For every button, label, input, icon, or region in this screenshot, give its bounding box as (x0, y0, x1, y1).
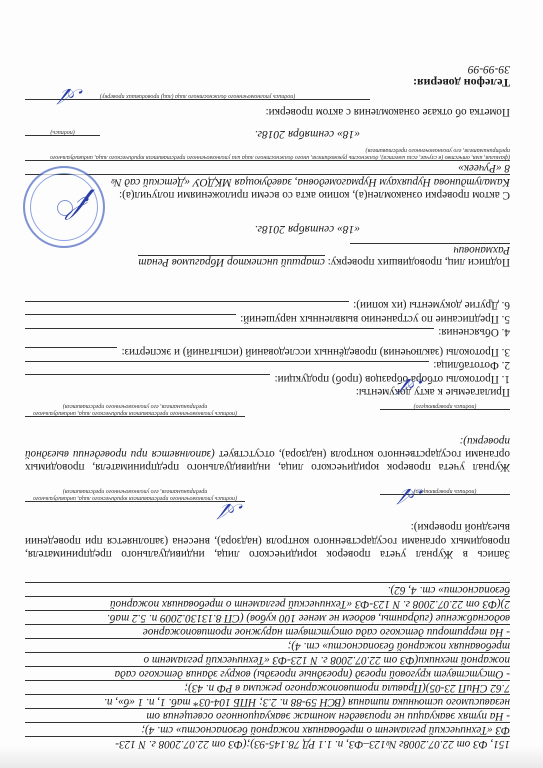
caption: (подпись проверяющего) (380, 402, 510, 409)
attachment-item: 2. Фототаблица: (25, 358, 510, 372)
attachments-title: Прилагаемые к акту документы: (25, 385, 510, 399)
attachment-item: 3. Протоколы (заключения) проведённых ис… (25, 344, 510, 358)
attachment-label: 4. Объяснения: (438, 325, 510, 339)
attachment-item: 4. Объяснения: (25, 325, 510, 339)
inspectors-signatures: Подписи лиц, проводивших проверку: старш… (25, 243, 510, 268)
fill-line (25, 314, 236, 325)
document-body: 151, ФЗ от 22.07.2008г №123–ФЗ, п. 1.1 Р… (25, 63, 510, 750)
violation-line: 2)(ФЗ от 22.07.2008 г. N 123-ФЗ «Техниче… (25, 596, 510, 610)
hotline-number: 39-99-99 (25, 63, 510, 75)
attachment-label: 1. Протоколы отбора образцов (проб) прод… (274, 371, 510, 385)
fill-line (25, 328, 434, 339)
fill-line (25, 347, 117, 358)
handwritten-signature: 𝒜 (62, 83, 83, 108)
inspectors-label: Подписи лиц, проводивших проверку: (328, 256, 510, 268)
representative-signature-line: (подпись уполномоченного представителя ю… (25, 487, 245, 502)
fill-line (25, 374, 270, 385)
violation-line: пожарной техники(ФЗ от 22.07.2008 г. N 1… (25, 652, 510, 666)
representative-signature-line: (подпись уполномоченного представителя ю… (25, 402, 245, 417)
attachment-item: 6. Другие документы (их копии): (25, 298, 510, 312)
acquainted-caption: (фамилия, имя, отчество (в случае, если … (25, 146, 510, 160)
document-page: 151, ФЗ от 22.07.2008г №123–ФЗ, п. 1.1 Р… (0, 0, 543, 768)
violation-line: 151, ФЗ от 22.07.2008г №123–ФЗ, п. 1.1 Р… (25, 736, 510, 750)
acquainted-date: «18» сентября 2018г. (255, 128, 360, 140)
hotline-section: Телефон доверия: 39-99-99 (25, 63, 510, 90)
inspector-name: старший инспектор Ибрагимов Ренат (138, 255, 324, 268)
journal-absent-signatures: (подпись проверяющего) (подпись уполномо… (25, 402, 510, 417)
violation-line: независимого источника питания (ВСН 59-8… (25, 694, 510, 708)
violation-line: безопасности» ст. 4, 62). (25, 582, 510, 596)
handwritten-signature: 𝒜 (222, 498, 243, 523)
stamp-emblem-icon (57, 200, 73, 216)
violation-line: водоснабжение (гидранты, водоем не менее… (25, 610, 510, 624)
attachment-label: 6. Другие документы (их копии): (353, 298, 510, 312)
inspector-signature-line: (подпись проверяющего) (380, 402, 510, 410)
refusal-section: Пометка об отказе ознакомления с актом п… (25, 92, 510, 118)
attachment-label: 5. Предписание по устранению выявленных … (240, 311, 510, 325)
journal-absent-text: Журнал учета проверок юридического лица,… (25, 433, 510, 473)
caption: (подпись) (25, 128, 100, 135)
acquainted-org: 8 «Ручеек» (25, 160, 510, 174)
hotline-label: Телефон доверия: (25, 75, 510, 90)
violation-line: - На путях эвакуации не произведен монта… (25, 708, 510, 722)
signature-line: (подпись) (25, 128, 100, 136)
violation-line: 7.62 СНиП 23-05)(Правила противопожарног… (25, 680, 510, 694)
journal-entry-text: Запись в Журнал учета проверок юридическ… (25, 520, 510, 560)
violation-line: требованиях пожарной безопасности» ст. 4… (25, 638, 510, 652)
fill-line (25, 361, 429, 372)
handwritten-signature: 𝒜 (402, 483, 423, 508)
caption: (подпись уполномоченного представителя ю… (25, 402, 245, 416)
handwritten-signature: 𝒻 (78, 188, 93, 228)
inspector-signature-line: (подпись проверяющего) (380, 487, 510, 495)
acquainted-sign-row: «18» сентября 2018г. (подпись) (25, 128, 510, 140)
attachment-label: 3. Протоколы (заключения) проведённых ис… (121, 344, 510, 358)
refusal-label: Пометка об отказе ознакомления с актом п… (25, 106, 510, 118)
violations-list: 151, ФЗ от 22.07.2008г №123–ФЗ, п. 1.1 Р… (25, 582, 510, 750)
fill-line (25, 301, 349, 312)
violation-line: - На территории детского сада отсутствуе… (25, 624, 510, 638)
attachment-label: 2. Фототаблица: (433, 358, 510, 372)
journal-signatures: (подпись проверяющего) (подпись уполномо… (25, 487, 510, 502)
attachment-item: 5. Предписание по устранению выявленных … (25, 311, 510, 325)
attachments-section: Прилагаемые к акту документы: 1. Протоко… (25, 298, 510, 399)
inspector-patronymic: Рахманович (350, 243, 510, 256)
caption: (подпись уполномоченного представителя ю… (25, 487, 245, 501)
attachment-item: 1. Протоколы отбора образцов (проб) прод… (25, 371, 510, 385)
caption: (подпись проверяющего) (380, 487, 510, 494)
violation-line: - Отсутствует круговой проезд (проездные… (25, 666, 510, 680)
handwritten-signature: 𝒜 (402, 373, 423, 398)
violation-line: ФЗ «Технический регламент о требованиях … (25, 722, 510, 736)
